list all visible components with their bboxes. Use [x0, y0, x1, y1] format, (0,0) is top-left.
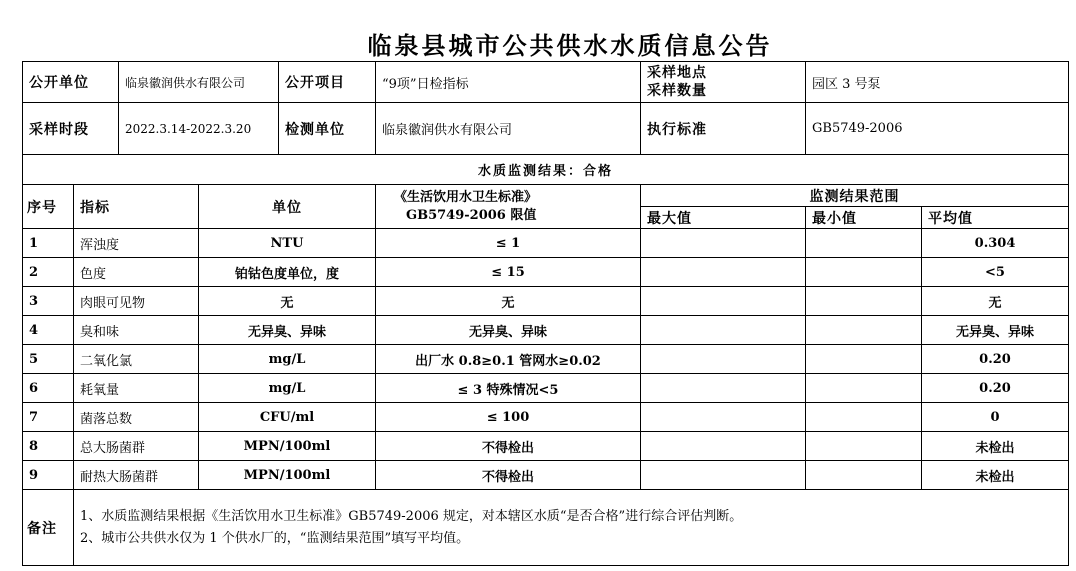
row-limit: ≤ 100: [376, 403, 641, 432]
row-unit: mg/L: [199, 374, 376, 403]
row-min: [806, 374, 922, 403]
header-min: 最小值: [806, 207, 922, 229]
row-seq: 5: [23, 345, 74, 374]
location-label: 采样地点 采样数量: [641, 62, 806, 103]
row-unit: 无异臭、异味: [199, 316, 376, 345]
row-max: [641, 432, 806, 461]
row-indicator: 浑浊度: [74, 229, 199, 258]
row-avg: 0.20: [922, 345, 1069, 374]
row-indicator: 色度: [74, 258, 199, 287]
period-value: 2022.3.14-2022.3.20: [119, 103, 279, 155]
table-row: 1 浑浊度 NTU ≤ 1 0.304: [23, 229, 1069, 258]
row-max: [641, 374, 806, 403]
row-indicator: 菌落总数: [74, 403, 199, 432]
row-max: [641, 316, 806, 345]
row-avg: 0.304: [922, 229, 1069, 258]
row-limit: ≤ 1: [376, 229, 641, 258]
row-avg: 0.20: [922, 374, 1069, 403]
tester-label: 检测单位: [279, 103, 376, 155]
row-avg: 未检出: [922, 461, 1069, 490]
results-table: 水质监测结果：合格 序号 指标 单位 《生活饮用水卫生标准》 GB5749-20…: [22, 154, 1069, 566]
row-max: [641, 461, 806, 490]
row-avg: 无异臭、异味: [922, 316, 1069, 345]
remarks-label: 备注: [23, 490, 74, 566]
table-row: 6 耗氧量 mg/L ≤ 3 特殊情况<5 0.20: [23, 374, 1069, 403]
row-min: [806, 403, 922, 432]
header-limit: 《生活饮用水卫生标准》 GB5749-2006 限值: [376, 185, 641, 229]
row-unit: NTU: [199, 229, 376, 258]
standard-value: GB5749-2006: [806, 103, 1069, 155]
row-max: [641, 229, 806, 258]
row-avg: 0: [922, 403, 1069, 432]
row-limit: 不得检出: [376, 461, 641, 490]
row-unit: 铂钴色度单位，度: [199, 258, 376, 287]
header-unit: 单位: [199, 185, 376, 229]
remarks-content: 1、水质监测结果根据《生活饮用水卫生标准》GB5749-2006 规定，对本辖区…: [74, 490, 1069, 566]
remarks-row: 备注 1、水质监测结果根据《生活饮用水卫生标准》GB5749-2006 规定，对…: [23, 490, 1069, 566]
row-unit: MPN/100ml: [199, 461, 376, 490]
row-seq: 1: [23, 229, 74, 258]
header-avg: 平均值: [922, 207, 1069, 229]
row-seq: 8: [23, 432, 74, 461]
row-seq: 2: [23, 258, 74, 287]
location-value: 园区 3 号泵: [806, 62, 1069, 103]
row-seq: 3: [23, 287, 74, 316]
table-row: 7 菌落总数 CFU/ml ≤ 100 0: [23, 403, 1069, 432]
standard-label: 执行标准: [641, 103, 806, 155]
row-min: [806, 461, 922, 490]
row-unit: 无: [199, 287, 376, 316]
row-seq: 7: [23, 403, 74, 432]
row-indicator: 总大肠菌群: [74, 432, 199, 461]
row-unit: CFU/ml: [199, 403, 376, 432]
header-range: 监测结果范围: [641, 185, 1069, 207]
table-row: 8 总大肠菌群 MPN/100ml 不得检出 未检出: [23, 432, 1069, 461]
row-min: [806, 287, 922, 316]
row-min: [806, 345, 922, 374]
table-row: 3 肉眼可见物 无 无 无: [23, 287, 1069, 316]
publisher-value: 临泉徽润供水有限公司: [119, 62, 279, 103]
row-seq: 4: [23, 316, 74, 345]
header-max: 最大值: [641, 207, 806, 229]
row-limit: 不得检出: [376, 432, 641, 461]
row-limit: ≤ 15: [376, 258, 641, 287]
row-unit: MPN/100ml: [199, 432, 376, 461]
remarks-line-2: 2、城市公共供水仅为 1 个供水厂的，“监测结果范围”填写平均值。: [80, 528, 1062, 550]
remarks-line-1: 1、水质监测结果根据《生活饮用水卫生标准》GB5749-2006 规定，对本辖区…: [80, 506, 780, 528]
result-banner: 水质监测结果：合格: [23, 155, 1069, 185]
row-min: [806, 229, 922, 258]
period-label: 采样时段: [23, 103, 119, 155]
row-max: [641, 258, 806, 287]
header-limit-line2: GB5749-2006 限值: [394, 207, 634, 225]
row-limit: ≤ 3 特殊情况<5: [376, 374, 641, 403]
row-unit: mg/L: [199, 345, 376, 374]
info-row-publisher: 公开单位 临泉徽润供水有限公司 公开项目 “9项”日检指标 采样地点 采样数量 …: [23, 62, 1069, 103]
row-seq: 9: [23, 461, 74, 490]
row-avg: <5: [922, 258, 1069, 287]
result-banner-row: 水质监测结果：合格: [23, 155, 1069, 185]
item-value: “9项”日检指标: [376, 62, 641, 103]
table-row: 2 色度 铂钴色度单位，度 ≤ 15 <5: [23, 258, 1069, 287]
tester-value: 临泉徽润供水有限公司: [376, 103, 641, 155]
publisher-label: 公开单位: [23, 62, 119, 103]
row-max: [641, 287, 806, 316]
row-limit: 无: [376, 287, 641, 316]
page-title: 临泉县城市公共供水水质信息公告: [0, 26, 1076, 61]
row-avg: 无: [922, 287, 1069, 316]
row-limit: 无异臭、异味: [376, 316, 641, 345]
header-indicator: 指标: [74, 185, 199, 229]
row-indicator: 耐热大肠菌群: [74, 461, 199, 490]
item-label: 公开项目: [279, 62, 376, 103]
row-max: [641, 403, 806, 432]
header-seq: 序号: [23, 185, 74, 229]
table-row: 9 耐热大肠菌群 MPN/100ml 不得检出 未检出: [23, 461, 1069, 490]
row-seq: 6: [23, 374, 74, 403]
header-limit-line1: 《生活饮用水卫生标准》: [394, 189, 634, 207]
info-row-period: 采样时段 2022.3.14-2022.3.20 检测单位 临泉徽润供水有限公司…: [23, 103, 1069, 155]
table-row: 5 二氧化氯 mg/L 出厂水 0.8≥0.1 管网水≥0.02 0.20: [23, 345, 1069, 374]
row-indicator: 二氧化氯: [74, 345, 199, 374]
table-row: 4 臭和味 无异臭、异味 无异臭、异味 无异臭、异味: [23, 316, 1069, 345]
row-min: [806, 432, 922, 461]
row-min: [806, 316, 922, 345]
location-label-line1: 采样地点: [647, 64, 799, 82]
row-indicator: 臭和味: [74, 316, 199, 345]
location-label-line2: 采样数量: [647, 82, 799, 100]
row-indicator: 肉眼可见物: [74, 287, 199, 316]
row-limit: 出厂水 0.8≥0.1 管网水≥0.02: [376, 345, 641, 374]
row-max: [641, 345, 806, 374]
row-min: [806, 258, 922, 287]
info-table: 公开单位 临泉徽润供水有限公司 公开项目 “9项”日检指标 采样地点 采样数量 …: [22, 61, 1069, 155]
header-row-1: 序号 指标 单位 《生活饮用水卫生标准》 GB5749-2006 限值 监测结果…: [23, 185, 1069, 207]
row-avg: 未检出: [922, 432, 1069, 461]
row-indicator: 耗氧量: [74, 374, 199, 403]
